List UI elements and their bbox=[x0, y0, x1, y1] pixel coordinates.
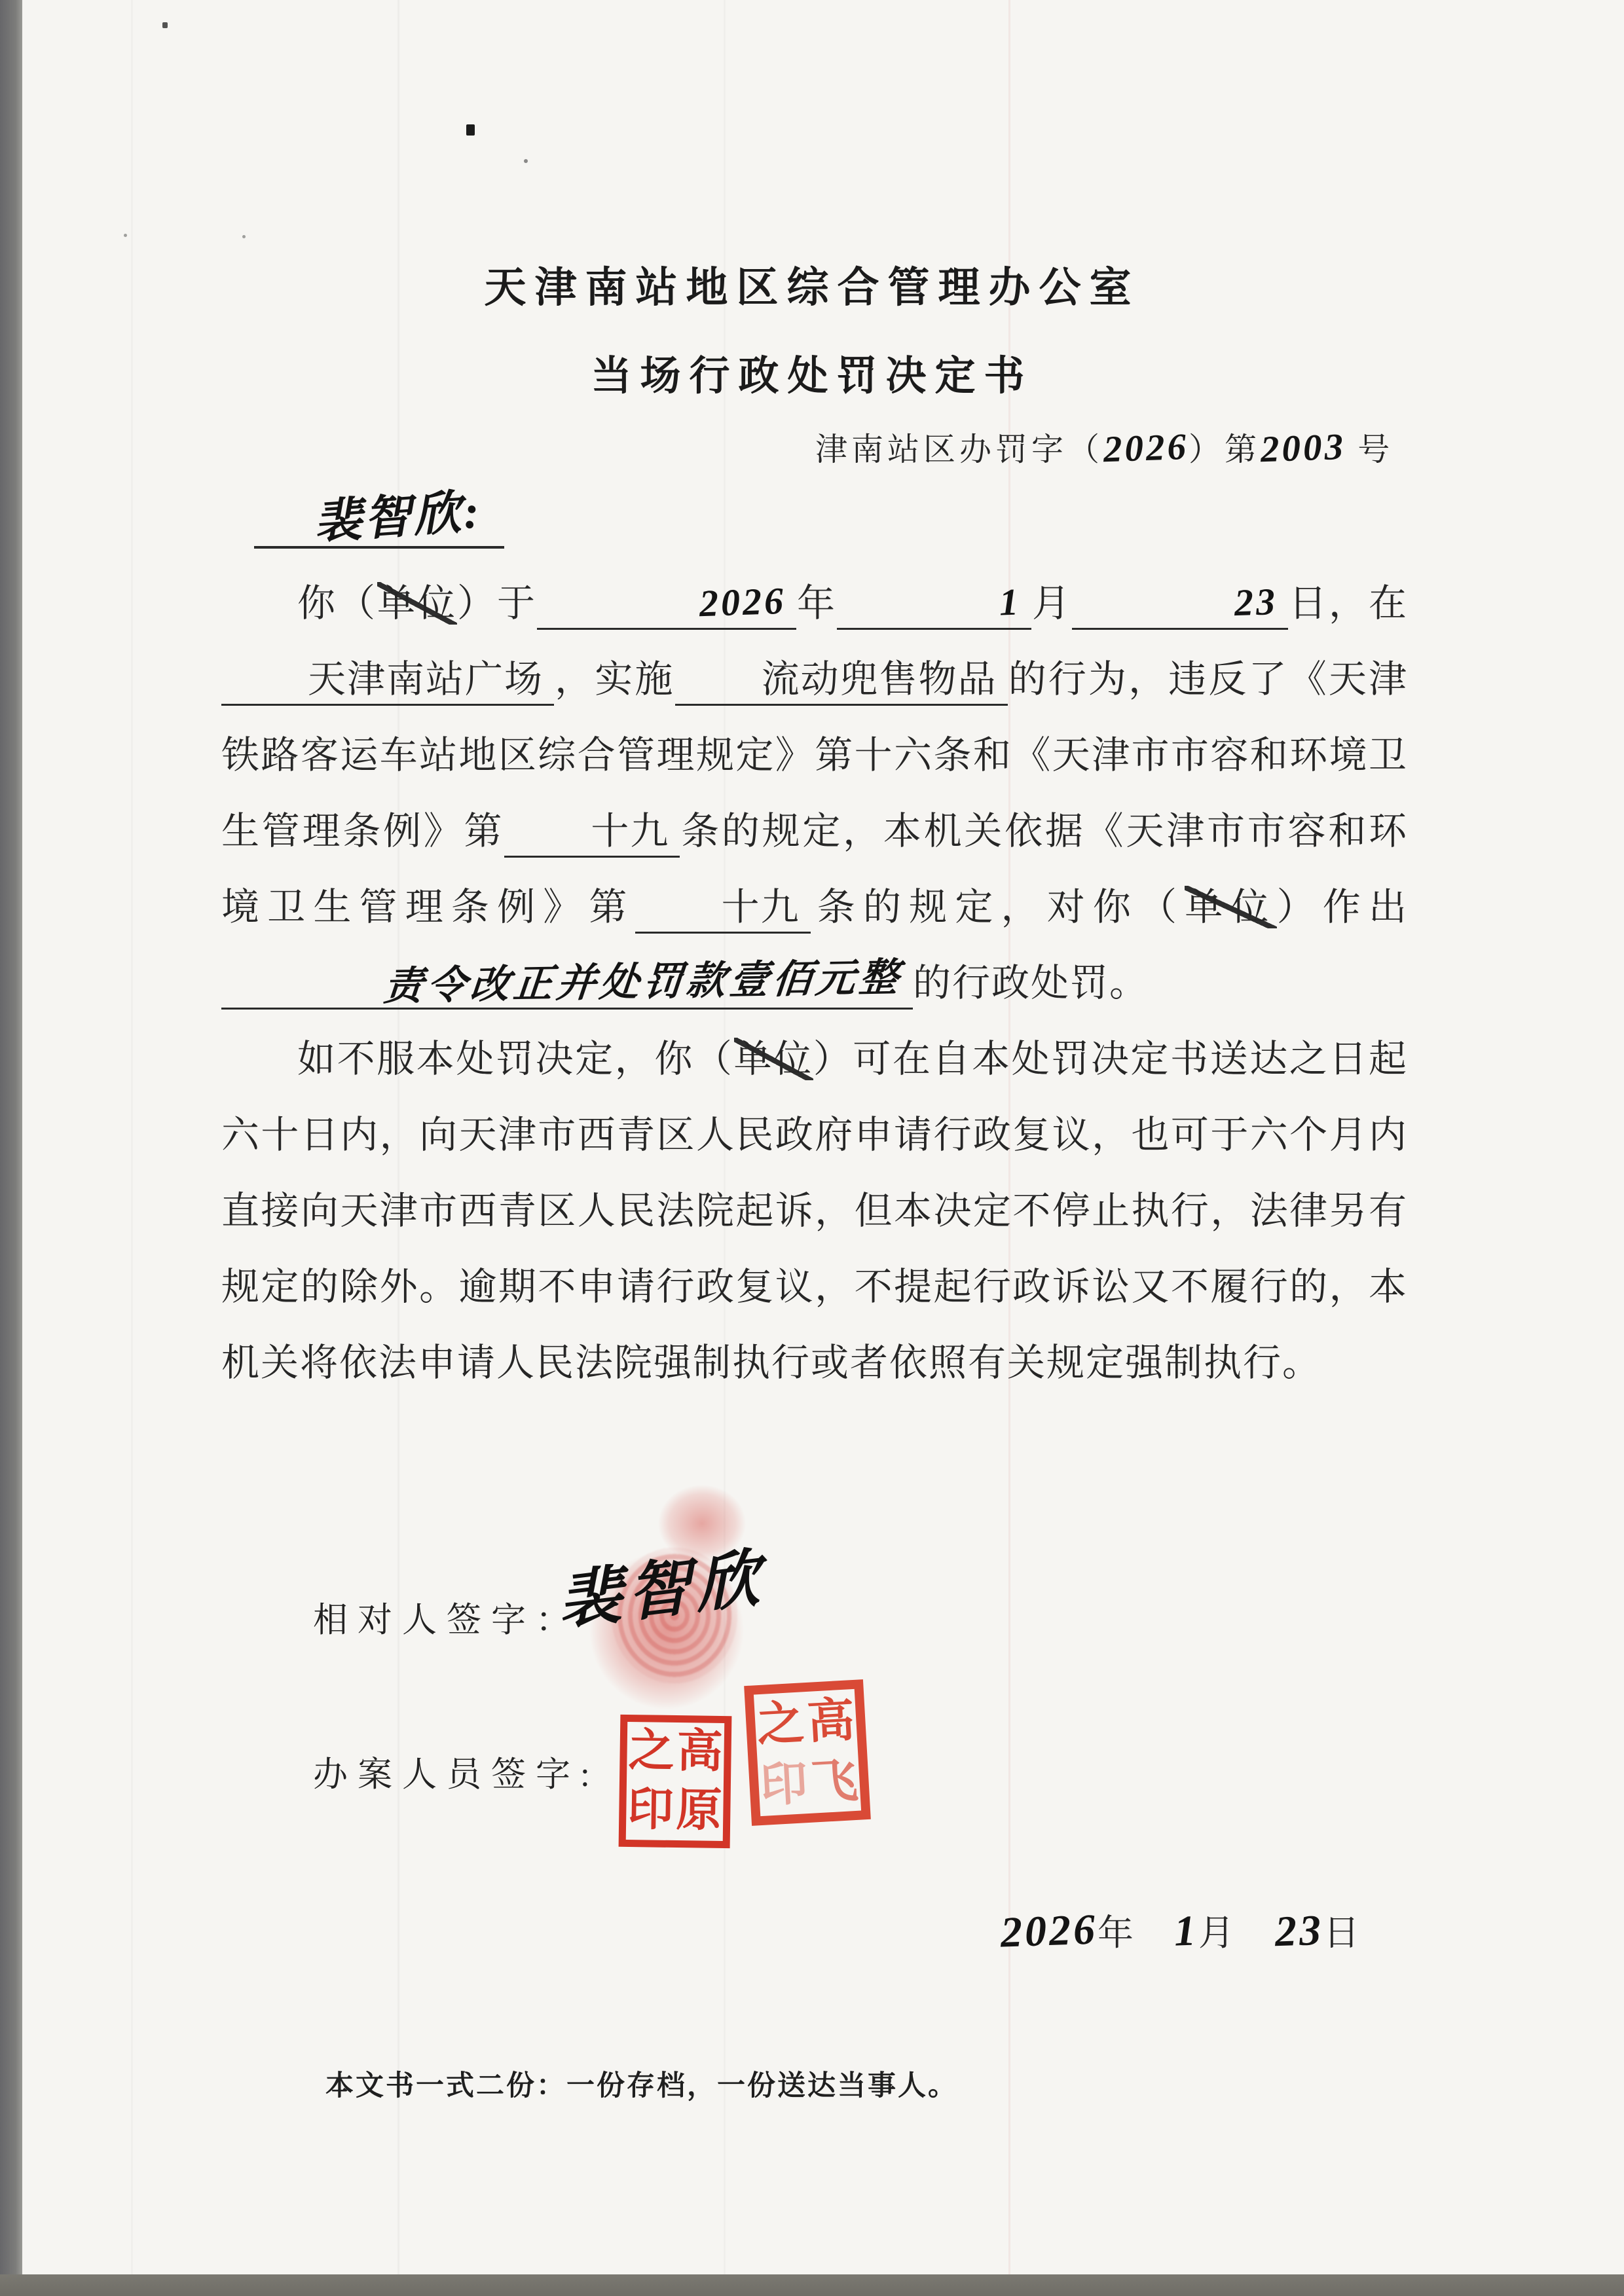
addressee-line: 裴智欣: bbox=[254, 486, 504, 549]
date-year-handwritten: 2026 bbox=[1000, 1904, 1099, 1958]
scan-speck bbox=[524, 159, 528, 163]
addressee-name-handwritten: 裴智欣: bbox=[251, 473, 483, 556]
seal-char: 之 bbox=[756, 1699, 805, 1749]
struck-word-unit: 单位 bbox=[377, 582, 457, 625]
struck-word-unit: 单位 bbox=[734, 1038, 813, 1080]
paragraph-1: 你（单位）于2026年1月23日，在天津南站广场，实施流动兜售物品的行为，违反了… bbox=[221, 566, 1408, 1021]
date-day-handwritten: 23 bbox=[1274, 1906, 1325, 1958]
fill-in-blank-behavior: 流动兜售物品 bbox=[675, 656, 1008, 706]
docnum-prefix: 津南站区办罚字（ bbox=[815, 431, 1103, 467]
fill-in-blank-penalty: 责令改正并处罚款壹佰元整 bbox=[221, 958, 913, 1010]
officer-seal-gao-fei: 之 高 印 飞 bbox=[744, 1679, 871, 1826]
docnum-suffix: 号 bbox=[1357, 431, 1393, 467]
body-text-segment: 年 bbox=[796, 582, 837, 625]
fill-in-blank-year: 2026 bbox=[537, 580, 796, 630]
docnum-serial-handwritten: 2003 bbox=[1260, 426, 1346, 471]
party-signature-label: 相对人签字： bbox=[313, 1592, 580, 1642]
fill-in-blank-month: 1 bbox=[837, 580, 1031, 630]
document-header: 天津南站地区综合管理办公室 当场行政处罚决定书 bbox=[0, 254, 1624, 401]
document-number-line: 津南站区办罚字（2026）第2003 号 bbox=[815, 424, 1393, 470]
body-text-segment: 的行政处罚。 bbox=[913, 962, 1149, 1004]
seal-char: 印 bbox=[759, 1760, 809, 1810]
officer-seal-gao-yuan: 之 高 印 原 bbox=[619, 1715, 732, 1848]
scan-speck bbox=[124, 234, 127, 237]
docnum-year-handwritten: 2026 bbox=[1103, 426, 1189, 471]
handwritten-month: 1 bbox=[923, 578, 1022, 629]
body-text-segment: ，实施 bbox=[554, 658, 675, 701]
document-type-title: 当场行政处罚决定书 bbox=[0, 343, 1624, 401]
handwritten-year: 2026 bbox=[623, 577, 786, 630]
date-year-label: 年 bbox=[1098, 1913, 1136, 1953]
scan-speck bbox=[242, 235, 246, 238]
struck-word-unit: 单位 bbox=[1185, 886, 1276, 928]
body-text-segment: 日，在 bbox=[1288, 582, 1408, 625]
body-text-segment: ）可在自本处罚决定书送达之日起六十日内，向天津市西青区人民政府申请行政复议，也可… bbox=[221, 1038, 1408, 1384]
docnum-mid: ）第 bbox=[1189, 431, 1261, 467]
handwritten-penalty-text: 责令改正并处罚款壹佰元整 bbox=[306, 953, 904, 1013]
body-text-segment: 条的规定，对你（ bbox=[811, 886, 1185, 928]
seal-char: 原 bbox=[676, 1788, 722, 1834]
seal-char: 高 bbox=[806, 1696, 856, 1745]
body-text-segment: 你（ bbox=[297, 582, 377, 625]
fill-in-blank-article-1: 十九 bbox=[504, 808, 680, 858]
fill-in-blank-place: 天津南站广场 bbox=[221, 656, 554, 706]
date-month-label: 月 bbox=[1198, 1913, 1237, 1953]
body-text-segment: ）于 bbox=[457, 582, 537, 625]
issuing-office-title: 天津南站地区综合管理办公室 bbox=[0, 254, 1624, 314]
scan-speck bbox=[162, 22, 168, 28]
scan-speck bbox=[466, 124, 475, 136]
fill-in-blank-article-2: 十九 bbox=[635, 884, 811, 934]
body-text-segment: 如不服本处罚决定，你（ bbox=[297, 1038, 734, 1080]
handwritten-day: 23 bbox=[1158, 578, 1278, 630]
seal-char: 高 bbox=[676, 1729, 723, 1776]
seal-char: 飞 bbox=[809, 1757, 859, 1806]
scanner-edge-bottom bbox=[0, 2274, 1624, 2296]
officer-signature-label: 办案人员签字: bbox=[313, 1747, 600, 1796]
copies-note: 本文书一式二份：一份存档，一份送达当事人。 bbox=[325, 2064, 958, 2104]
party-signature-handwritten: 裴智欣 bbox=[557, 1527, 768, 1643]
document-body: 你（单位）于2026年1月23日，在天津南站广场，实施流动兜售物品的行为，违反了… bbox=[221, 566, 1408, 1401]
fill-in-blank-day: 23 bbox=[1072, 580, 1288, 630]
seal-char: 印 bbox=[627, 1787, 674, 1834]
body-text-segment: 月 bbox=[1031, 582, 1072, 625]
body-text-segment: ）作出 bbox=[1277, 886, 1408, 928]
date-day-label: 日 bbox=[1323, 1913, 1362, 1953]
decision-date-line: 2026年1月23日 bbox=[1001, 1904, 1362, 1956]
date-month-handwritten: 1 bbox=[1173, 1906, 1200, 1956]
paragraph-2: 如不服本处罚决定，你（单位）可在自本处罚决定书送达之日起六十日内，向天津市西青区… bbox=[221, 1021, 1408, 1401]
seal-char: 之 bbox=[628, 1728, 674, 1775]
scanned-penalty-document: 天津南站地区综合管理办公室 当场行政处罚决定书 津南站区办罚字（2026）第20… bbox=[0, 0, 1624, 2296]
